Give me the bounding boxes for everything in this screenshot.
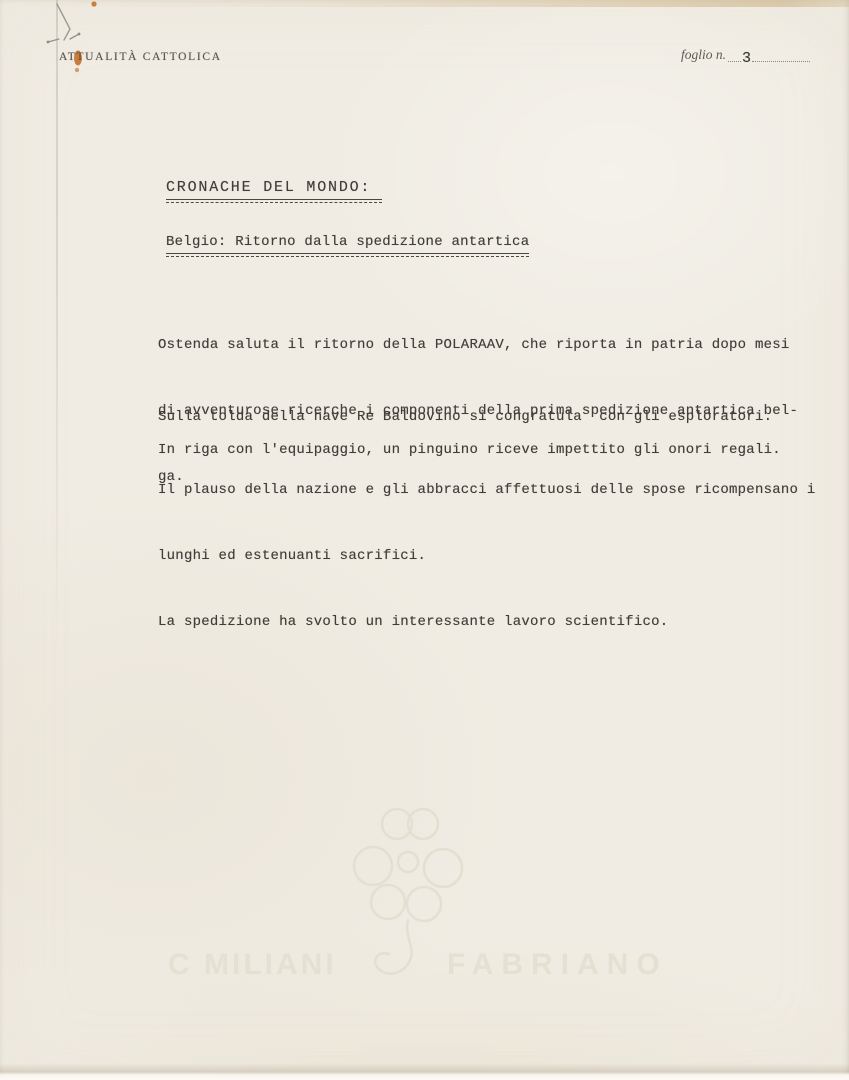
paper-bottom-edge [0,1063,849,1080]
publication-name: ATTUALITÀ CATTOLICA [59,51,222,63]
paper-crease-line [56,0,58,660]
dotted-leader [728,57,741,62]
staple-wire [57,4,70,40]
text-line: Ostenda saluta il ritorno della POLARAAV… [158,334,798,356]
dotted-leader [752,57,810,62]
article-title: Belgio: Ritorno dalla spedizione antarti… [166,234,529,254]
papermaker-watermark: C MILIANI FABRIANO [168,948,728,982]
folio-label: foglio n. [681,47,728,63]
section-title: CRONACHE DEL MONDO: [166,179,382,200]
folio-field: foglio n. 3 [681,46,810,63]
watermark-text-left: C MILIANI [168,948,337,982]
rust-stain [75,68,79,72]
folio-number: 3 [742,50,751,67]
paper-top-edge-tint [0,0,849,7]
text-line: La spedizione ha svolto un interessante … [158,611,816,633]
text-line: Il plauso della nazione e gli abbracci a… [158,479,816,501]
document-page: ATTUALITÀ CATTOLICA foglio n. 3 CRONACHE… [0,0,849,1080]
watermark-text-right: FABRIANO [447,948,668,982]
text-line: lunghi ed estenuanti sacrifici. [158,545,816,567]
rust-stain [91,1,96,6]
paragraph: Il plauso della nazione e gli abbracci a… [158,435,816,677]
staple-mark [40,0,110,78]
